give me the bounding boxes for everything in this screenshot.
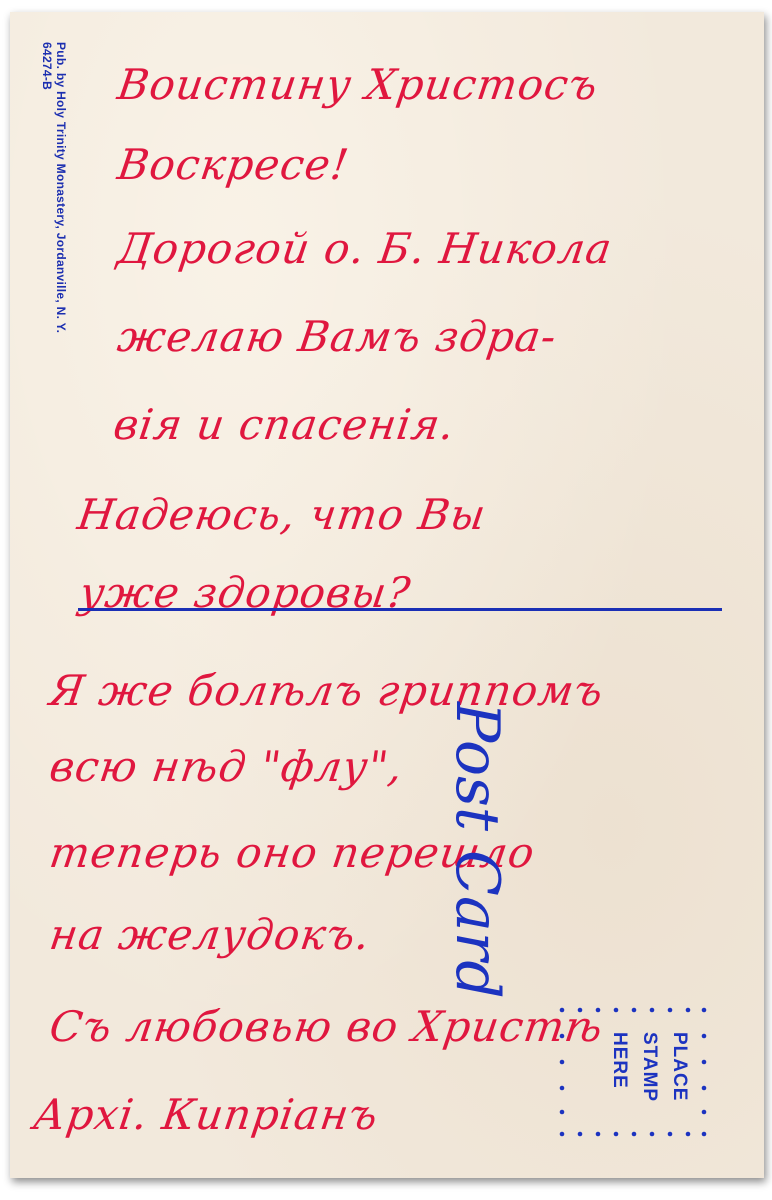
post-card-label: Post Card: [442, 702, 512, 1002]
handwritten-line: желаю Вамъ здра-: [115, 312, 560, 361]
handwritten-line: Надеюсь, что Вы: [75, 490, 490, 539]
publisher-line: Pub. by Holy Trinity Monastery, Jordanvi…: [54, 42, 68, 452]
handwritten-line: Дорогой о. Б. Никола: [115, 224, 616, 273]
handwritten-line: Воистину Христосъ: [115, 60, 602, 109]
stamp-text-stamp: STAMP: [634, 1032, 664, 1138]
handwritten-line: Я же болѣлъ гриппомъ: [47, 666, 607, 715]
stamp-instructions: PLACE STAMP HERE: [558, 1006, 708, 1138]
handwritten-line: вія и спасенія.: [111, 400, 459, 449]
stamp-text-place: PLACE: [664, 1032, 694, 1138]
blue-strikethrough-line: [78, 608, 722, 611]
catalog-number: 64274-B: [40, 42, 54, 452]
publisher-imprint: Pub. by Holy Trinity Monastery, Jordanvi…: [28, 42, 68, 452]
stamp-text-here: HERE: [604, 1032, 634, 1138]
handwritten-line: всю нѣд "флу",: [47, 742, 407, 791]
handwritten-line: на желудокъ.: [47, 910, 374, 959]
handwritten-line: Воскресе!: [115, 140, 353, 189]
postcard-back: Pub. by Holy Trinity Monastery, Jordanvi…: [10, 12, 764, 1178]
stamp-placement-box: PLACE STAMP HERE: [558, 1006, 708, 1138]
handwritten-line: Съ любовью во Христѣ: [47, 1002, 607, 1051]
signature: Архі. Кипріанъ: [31, 1090, 382, 1139]
